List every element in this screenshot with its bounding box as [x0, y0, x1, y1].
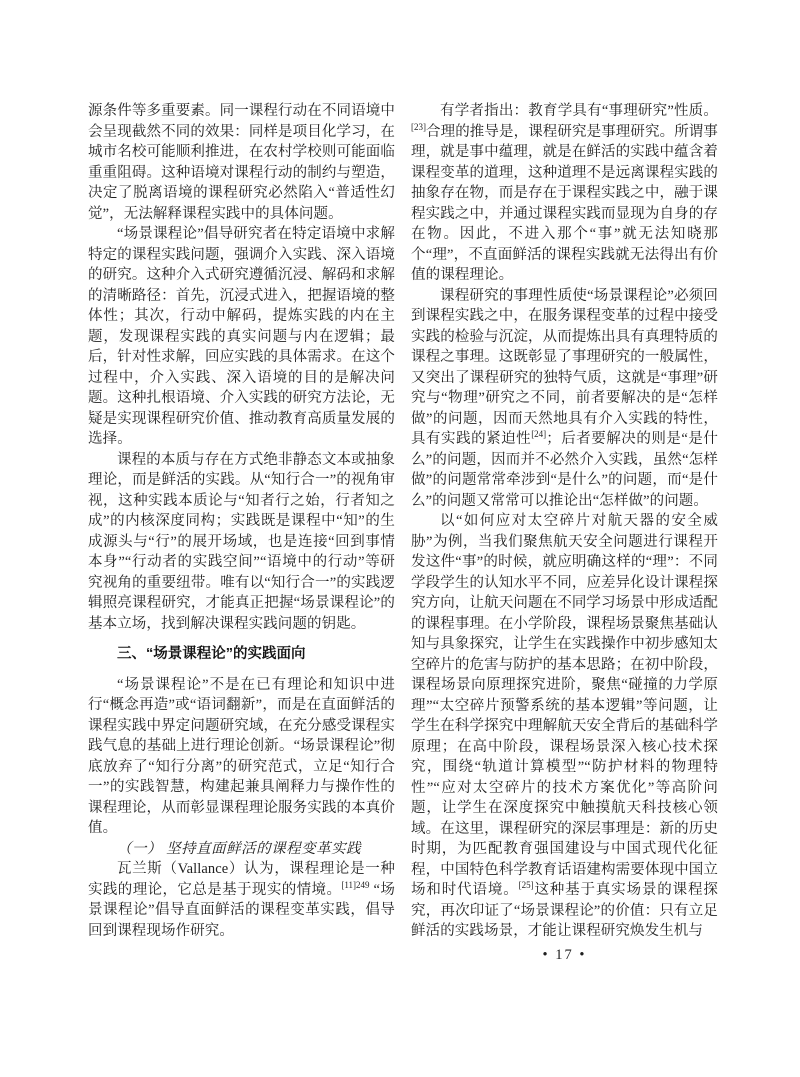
paragraph: “场景课程论”不是在已有理论和知识中进行“概念再造”或“语词翻新”，而是在直面鲜…	[88, 675, 395, 839]
right-column: 有学者指出：教育学具有“事理研究”性质。[23]合理的推导是，课程研究是事理研究…	[411, 101, 718, 965]
paragraph: 源条件等多重要素。同一课程行动在不同语境中会呈现截然不同的效果：同样是项目化学习…	[88, 101, 395, 224]
section-heading: 三、“场景课程论”的实践面向	[88, 644, 395, 665]
subsection-heading: （一） 坚持直面鲜活的课程变革实践	[88, 839, 395, 860]
citation-superscript: [25]	[519, 880, 534, 890]
paragraph: 课程的本质与存在方式绝非静态文本或抽象理论，而是鲜活的实践。从“知行合一”的视角…	[88, 450, 395, 635]
citation-superscript: [24]	[531, 429, 546, 439]
page-number: • 17 •	[411, 945, 718, 966]
citation-superscript: [11]249	[341, 880, 369, 890]
paragraph: 瓦兰斯（Vallance）认为，课程理论是一种实践的理论，它总是基于现实的情境。…	[88, 859, 395, 941]
citation-superscript: [23]	[411, 122, 426, 132]
paragraph: 课程研究的事理性质使“场景课程论”必须回到课程实践之中，在服务课程变革的过程中接…	[411, 286, 718, 512]
journal-page: 源条件等多重要素。同一课程行动在不同语境中会呈现截然不同的效果：同样是项目化学习…	[0, 0, 800, 1077]
paragraph: 以“如何应对太空碎片对航天器的安全威胁”为例，当我们聚焦航天安全问题进行课程开发…	[411, 511, 718, 942]
left-column: 源条件等多重要素。同一课程行动在不同语境中会呈现截然不同的效果：同样是项目化学习…	[88, 101, 395, 965]
two-column-text-area: 源条件等多重要素。同一课程行动在不同语境中会呈现截然不同的效果：同样是项目化学习…	[88, 101, 718, 965]
paragraph: 有学者指出：教育学具有“事理研究”性质。[23]合理的推导是，课程研究是事理研究…	[411, 101, 718, 286]
paragraph: “场景课程论”倡导研究者在特定语境中求解特定的课程实践问题，强调介入实践、深入语…	[88, 224, 395, 450]
